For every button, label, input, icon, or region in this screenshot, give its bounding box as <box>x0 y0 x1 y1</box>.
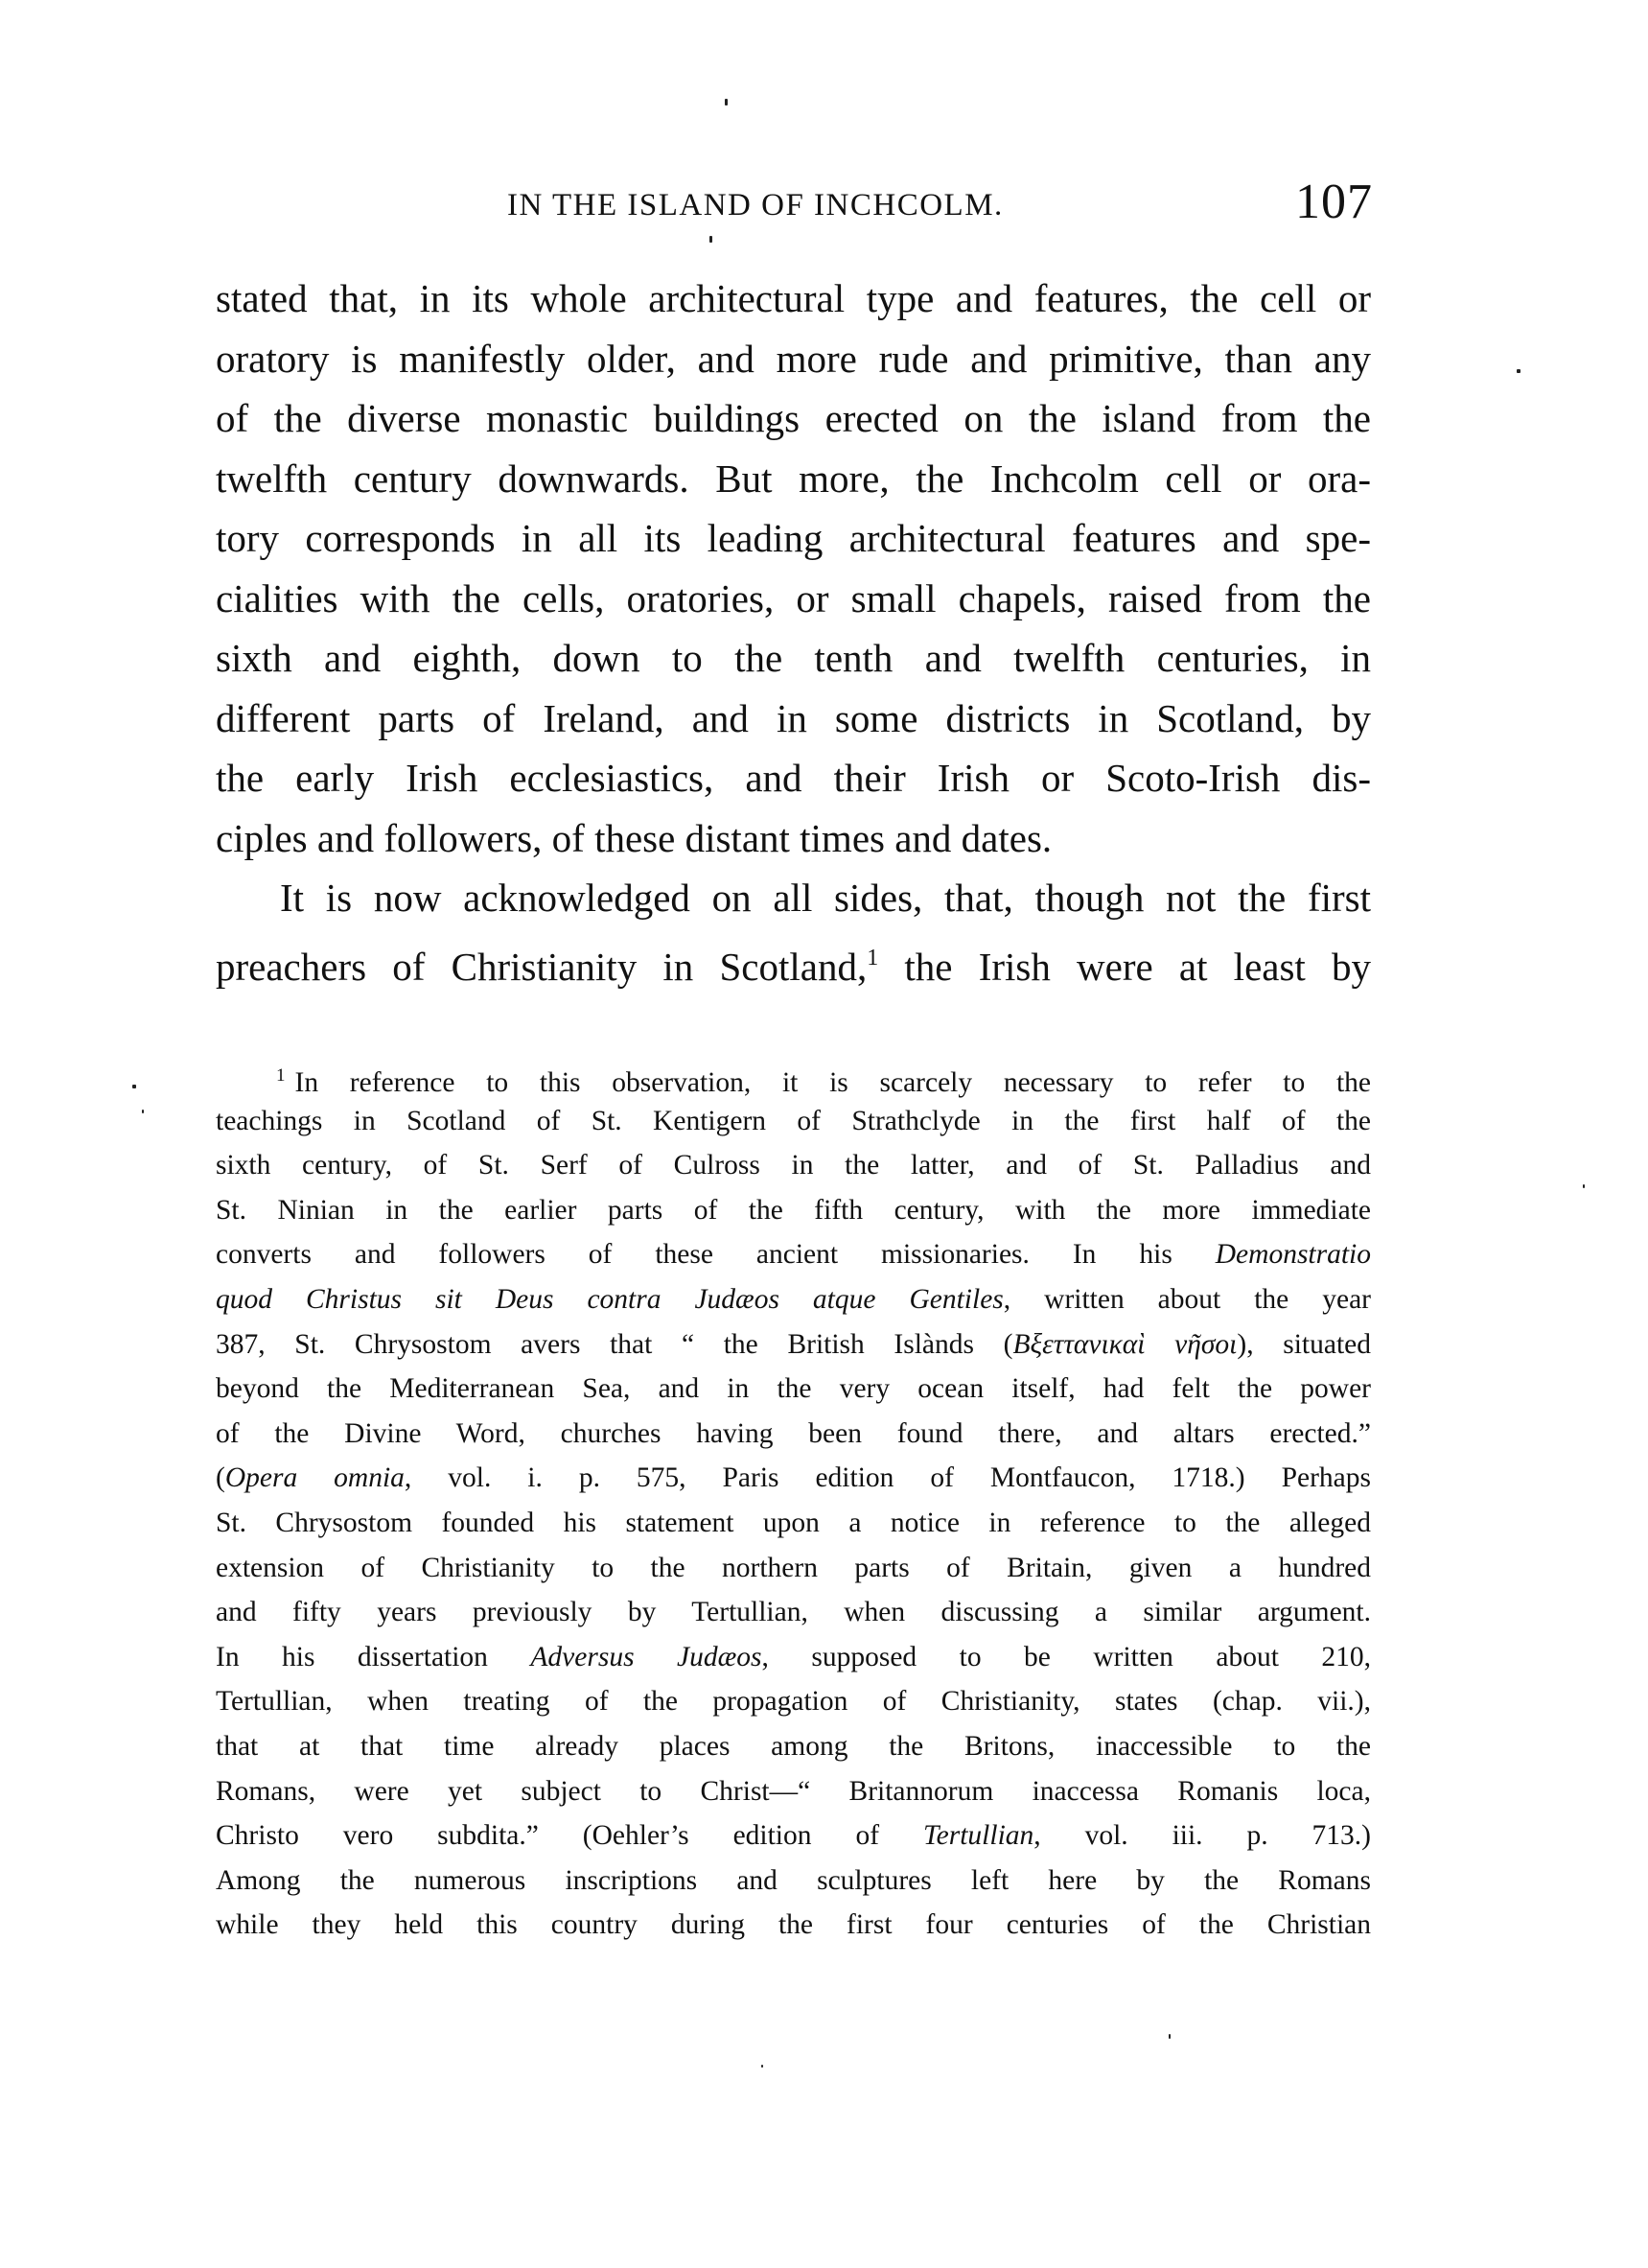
body-line: the early Irish ecclesiastics, and their… <box>216 748 1371 808</box>
italic-text: Demonstratio <box>1216 1239 1371 1270</box>
running-head: IN THE ISLAND OF INCHCOLM. 107 <box>216 178 1373 226</box>
scan-speck <box>132 1085 136 1088</box>
italic-text: Tertullian <box>923 1820 1033 1851</box>
footnote-line: quod Christus sit Deus contra Judæos atq… <box>216 1277 1371 1322</box>
text-segment: tory corresponds in all its leading arch… <box>216 516 1371 560</box>
italic-text: Bξεττανικαὶ νῆσοι <box>1012 1329 1237 1360</box>
footnote-line: In his dissertation Adversus Judæos, sup… <box>216 1635 1371 1680</box>
footnote-line: converts and followers of these ancient … <box>216 1232 1371 1277</box>
text-segment: preachers of Christianity in Scotland, <box>216 945 867 989</box>
text-segment: the Irish were at least by <box>878 945 1371 989</box>
text-segment: the early Irish ecclesiastics, and their… <box>216 756 1371 800</box>
text-segment: Christo vero subdita.” (Oehler’s edition… <box>216 1820 923 1851</box>
footnote-line: Among the numerous inscriptions and scul… <box>216 1859 1371 1904</box>
scan-speck <box>1517 369 1520 373</box>
text-segment: , vol. i. p. 575, Paris edition of Montf… <box>405 1462 1371 1493</box>
body-line: twelfth century downwards. But more, the… <box>216 449 1371 509</box>
italic-text: Opera omnia <box>225 1462 405 1493</box>
footnote-line: of the Divine Word, churches having been… <box>216 1412 1371 1457</box>
footnote-block: 1In reference to this observation, it is… <box>216 1054 1371 1948</box>
footnote-line: that at that time already places among t… <box>216 1724 1371 1769</box>
body-line: cialities with the cells, oratories, or … <box>216 569 1371 629</box>
text-segment: 387, St. Chrysostom avers that “ the Bri… <box>216 1329 1012 1360</box>
text-segment: , supposed to be written about 210, <box>762 1642 1371 1672</box>
text-segment: Tertullian, when treating of the propaga… <box>216 1686 1371 1717</box>
text-segment: converts and followers of these ancient … <box>216 1239 1216 1270</box>
body-line: ciples and followers, of these distant t… <box>216 808 1371 869</box>
scan-speck <box>1583 1184 1585 1188</box>
text-segment: ciples and followers, of these distant t… <box>216 816 1052 860</box>
text-segment: that at that time already places among t… <box>216 1731 1371 1762</box>
running-title: IN THE ISLAND OF INCHCOLM. <box>507 186 1004 224</box>
footnote-line: while they held this country during the … <box>216 1903 1371 1948</box>
text-segment: , vol. iii. p. 713.) <box>1033 1820 1371 1851</box>
footnote-line: Romans, were yet subject to Christ—“ Bri… <box>216 1769 1371 1814</box>
italic-text: quod Christus sit Deus contra Judæos atq… <box>216 1284 1004 1315</box>
text-segment: and fifty years previously by Tertullian… <box>216 1597 1371 1627</box>
footnote-marker: 1 <box>276 1065 286 1086</box>
text-segment: teachings in Scotland of St. Kentigern o… <box>216 1106 1371 1136</box>
scan-speck <box>142 1110 144 1113</box>
footnote-line: St. Chrysostom founded his statement upo… <box>216 1501 1371 1546</box>
text-segment: sixth and eighth, down to the tenth and … <box>216 636 1371 680</box>
footnote-line: and fifty years previously by Tertullian… <box>216 1590 1371 1635</box>
scan-speck <box>761 2065 763 2068</box>
text-segment: of the Divine Word, churches having been… <box>216 1418 1371 1449</box>
footnote-reference: 1 <box>867 946 878 970</box>
footnote-line: (Opera omnia, vol. i. p. 575, Paris edit… <box>216 1456 1371 1501</box>
page-number: 107 <box>1295 178 1373 226</box>
text-segment: It is now acknowledged on all sides, tha… <box>280 876 1371 920</box>
text-segment: beyond the Mediterranean Sea, and in the… <box>216 1373 1371 1404</box>
text-segment: Among the numerous inscriptions and scul… <box>216 1865 1371 1896</box>
text-segment: ( <box>216 1462 225 1493</box>
body-line: preachers of Christianity in Scotland,1 … <box>216 928 1371 989</box>
footnote-line: Tertullian, when treating of the propaga… <box>216 1679 1371 1724</box>
body-line: of the diverse monastic buildings erecte… <box>216 388 1371 449</box>
text-segment: Romans, were yet subject to Christ—“ Bri… <box>216 1776 1371 1807</box>
body-line: tory corresponds in all its leading arch… <box>216 508 1371 569</box>
body-line: different parts of Ireland, and in some … <box>216 689 1371 749</box>
text-segment: St. Chrysostom founded his statement upo… <box>216 1508 1371 1538</box>
footnote-line: sixth century, of St. Serf of Culross in… <box>216 1143 1371 1188</box>
text-segment: oratory is manifestly older, and more ru… <box>216 337 1371 381</box>
text-segment: cialities with the cells, oratories, or … <box>216 576 1371 620</box>
text-segment: St. Ninian in the earlier parts of the f… <box>216 1195 1371 1226</box>
text-segment: extension of Christianity to the norther… <box>216 1553 1371 1583</box>
footnote-line: beyond the Mediterranean Sea, and in the… <box>216 1367 1371 1412</box>
text-segment: stated that, in its whole architectural … <box>216 276 1371 320</box>
text-segment: sixth century, of St. Serf of Culross in… <box>216 1150 1371 1181</box>
scan-speck <box>709 236 712 243</box>
footnote-line: 387, St. Chrysostom avers that “ the Bri… <box>216 1322 1371 1368</box>
text-segment: of the diverse monastic buildings erecte… <box>216 396 1371 440</box>
text-segment: while they held this country during the … <box>216 1909 1371 1940</box>
body-line: sixth and eighth, down to the tenth and … <box>216 628 1371 689</box>
footnote-line: St. Ninian in the earlier parts of the f… <box>216 1188 1371 1233</box>
text-segment: , written about the year <box>1004 1284 1371 1315</box>
footnote-line: 1In reference to this observation, it is… <box>216 1054 1371 1099</box>
text-segment: In his dissertation <box>216 1642 530 1672</box>
scan-speck <box>1169 2034 1171 2039</box>
body-line: It is now acknowledged on all sides, tha… <box>216 868 1371 928</box>
book-page: IN THE ISLAND OF INCHCOLM. 107 stated th… <box>0 0 1648 2268</box>
body-line: oratory is manifestly older, and more ru… <box>216 329 1371 389</box>
text-segment: In reference to this observation, it is … <box>295 1067 1372 1098</box>
text-segment: different parts of Ireland, and in some … <box>216 696 1371 740</box>
footnote-line: teachings in Scotland of St. Kentigern o… <box>216 1099 1371 1144</box>
body-line: stated that, in its whole architectural … <box>216 269 1371 329</box>
body-text: stated that, in its whole architectural … <box>216 269 1371 988</box>
scan-speck <box>725 99 728 105</box>
text-segment: ), situated <box>1237 1329 1371 1360</box>
italic-text: Adversus Judæos <box>530 1642 761 1672</box>
footnote-line: extension of Christianity to the norther… <box>216 1546 1371 1591</box>
text-segment: twelfth century downwards. But more, the… <box>216 456 1371 501</box>
footnote-line: Christo vero subdita.” (Oehler’s edition… <box>216 1813 1371 1859</box>
